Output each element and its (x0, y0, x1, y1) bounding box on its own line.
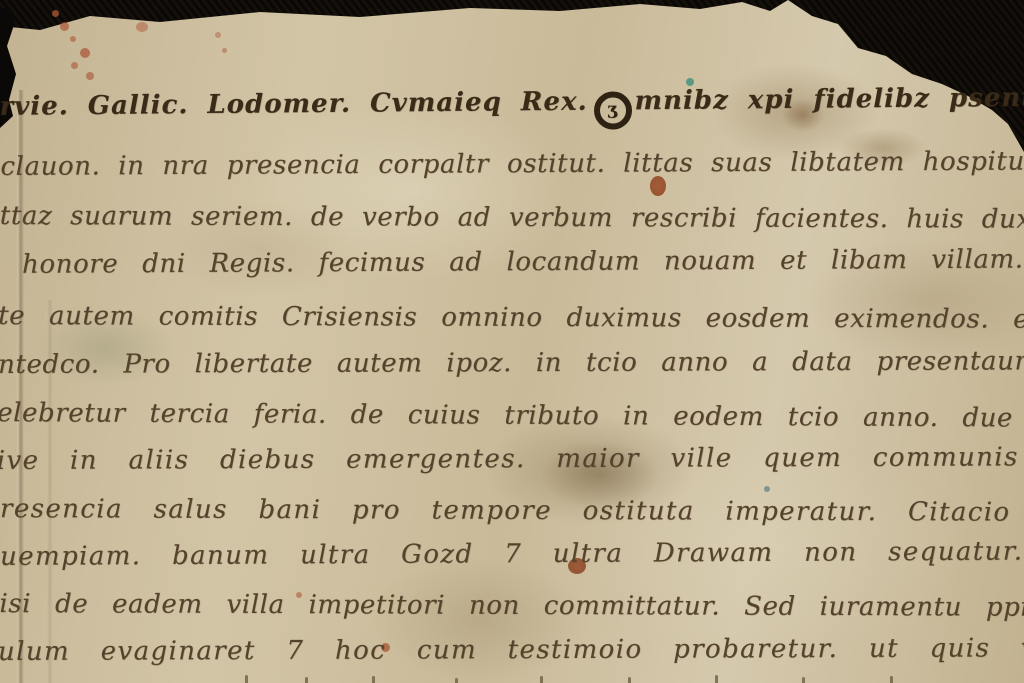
teal-spot (764, 486, 770, 492)
red-stain-dot (52, 10, 59, 17)
line-text: ervie. Gallic. Lodomer. Cvmaieq Rex. (0, 87, 588, 122)
manuscript-line: littaz suarum seriem. de verbo ad verbum… (0, 201, 1024, 235)
manuscript-line: culum evaginaret 7 hoc cum testimoio pro… (0, 633, 1024, 667)
red-stain-dot (80, 48, 90, 58)
manuscript-photo: ervie. Gallic. Lodomer. Cvmaieq Rex.ʒmni… (0, 0, 1024, 683)
line-text: ate autem comitis Crisiensis omnino duxi… (0, 301, 1024, 336)
line-text: culum evaginaret 7 hoc cum testimoio pro… (0, 632, 1024, 667)
red-stain-dot (222, 48, 227, 53)
red-stain-dot (71, 62, 78, 69)
rust-blot (650, 176, 666, 196)
line-text: Sclauon. in nra presencia corpaltr ostit… (0, 145, 1024, 182)
manuscript-line: Sclauon. in nra presencia corpaltr ostit… (0, 146, 1024, 182)
line-text: o honore dni Regis. fecimus ad locandum … (0, 243, 1024, 280)
manuscript-line: ate autem comitis Crisiensis omnino duxi… (0, 301, 1024, 335)
manuscript-line: antedco. Pro libertate autem ipoz. in tc… (0, 346, 1024, 380)
red-stain-dot (136, 22, 148, 32)
red-stain-dot (215, 32, 221, 38)
line-text: quempiam. banum ultra Gozd 7 ultra Drawa… (0, 535, 1024, 572)
manuscript-line: presencia salus bani pro tempore ostitut… (0, 494, 1024, 528)
line-text: presencia salus bani pro tempore ostitut… (0, 494, 1024, 528)
decorated-initial-o: ʒ (593, 91, 631, 129)
manuscript-line: sive in aliis diebus emergentes. maior v… (0, 442, 1024, 476)
line-text: mnibz xpi fidelibz psentem paginam insp (634, 80, 1024, 116)
manuscript-line: o honore dni Regis. fecimus ad locandum … (0, 244, 1024, 280)
red-stain-dot (86, 72, 94, 80)
line-text: littaz suarum seriem. de verbo ad verbum… (0, 201, 1024, 236)
red-stain-dot (60, 22, 69, 31)
line-text: antedco. Pro libertate autem ipoz. in tc… (0, 345, 1024, 380)
manuscript-line: quempiam. banum ultra Gozd 7 ultra Drawa… (0, 536, 1024, 572)
line-text: nisi de eadem villa impetitori non commi… (0, 589, 1024, 623)
manuscript-line: celebretur tercia feria. de cuius tribut… (0, 398, 1024, 434)
manuscript-line: nisi de eadem villa impetitori non commi… (0, 589, 1024, 623)
red-stain-dot (70, 36, 76, 42)
line-text: sive in aliis diebus emergentes. maior v… (0, 441, 1024, 476)
